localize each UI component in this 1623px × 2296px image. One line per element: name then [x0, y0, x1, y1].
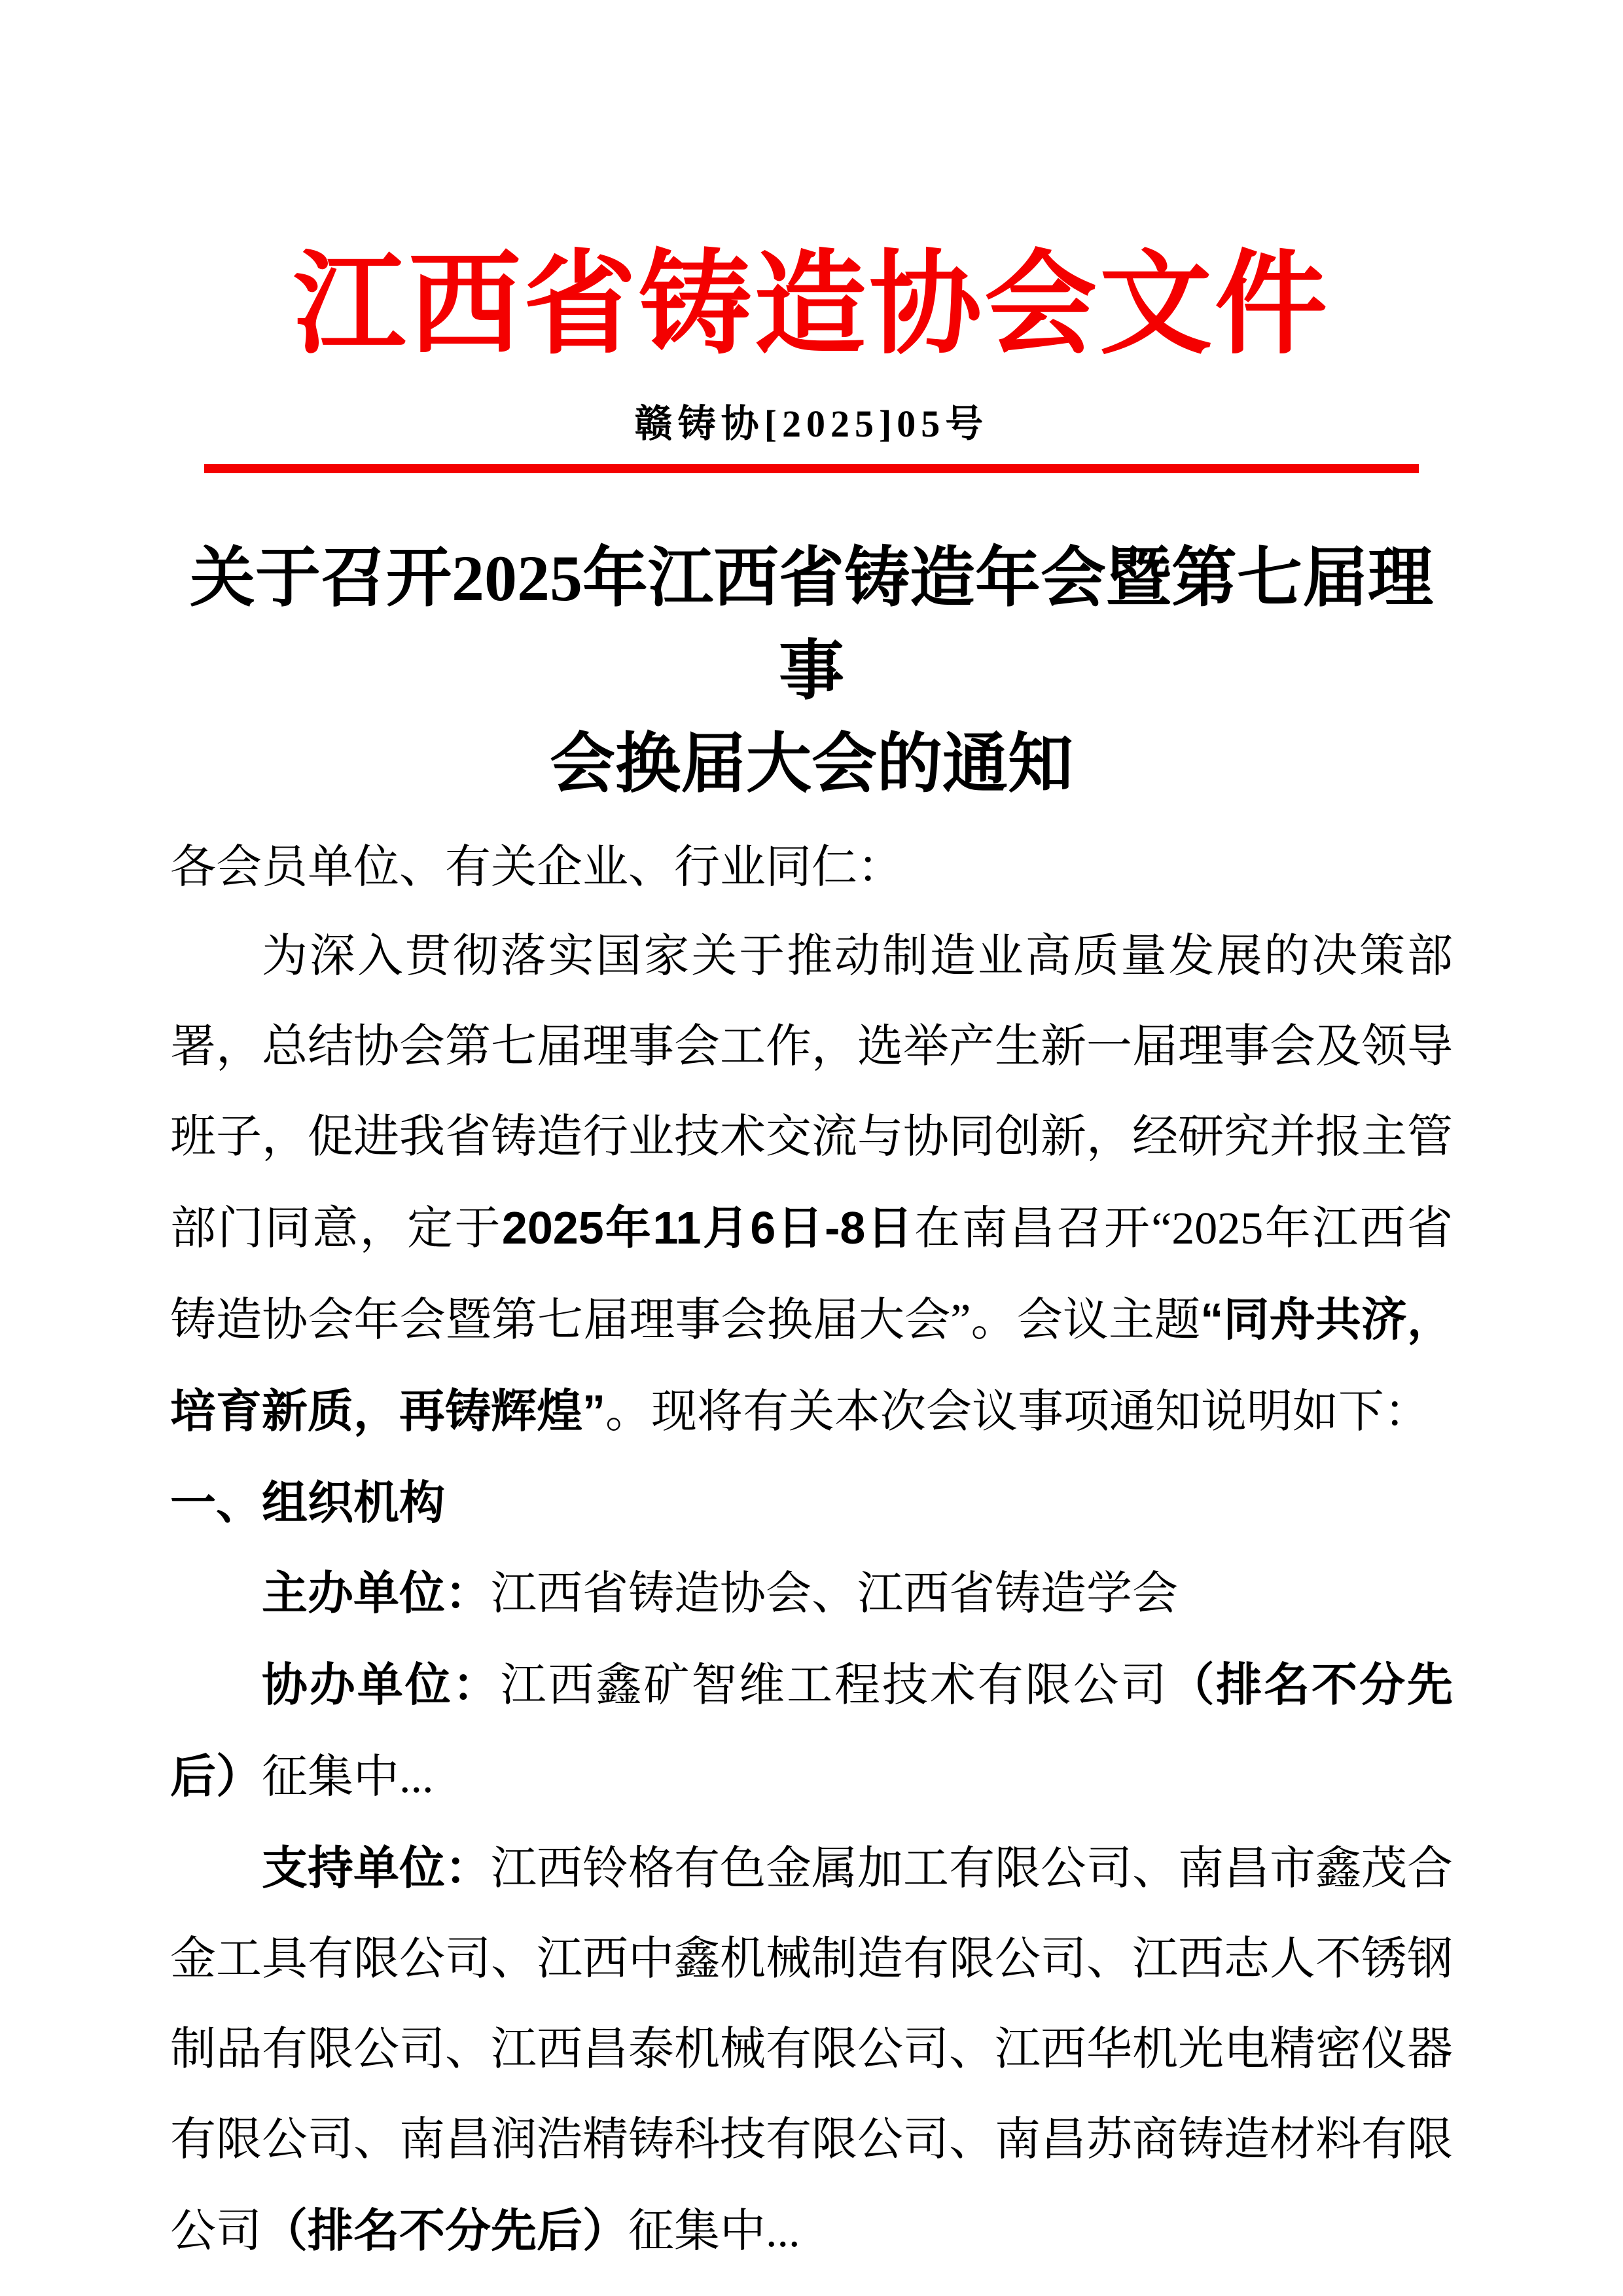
supporters-note: （排名不分先后） [262, 2205, 628, 2256]
section-1-heading: 一、组织机构 [170, 1458, 1453, 1548]
co-organizer-paragraph: 协办单位：江西鑫矿智维工程技术有限公司（排名不分先后）征集中... [170, 1640, 1453, 1823]
co-organizer-value: 江西鑫矿智维工程技术有限公司 [501, 1660, 1169, 1711]
host-paragraph: 主办单位：江西省铸造协会、江西省铸造学会 [170, 1548, 1453, 1640]
document-page: 江西省铸造协会文件 赣铸协[2025]05号 关于召开2025年江西省铸造年会暨… [0, 0, 1623, 2296]
body-text: 各会员单位、有关企业、行业同仁： 为深入贯彻落实国家关于推动制造业高质量发展的决… [170, 821, 1453, 2277]
red-divider-line [204, 464, 1419, 473]
salutation: 各会员单位、有关企业、行业同仁： [170, 821, 1453, 912]
supporters-label: 支持单位： [262, 1842, 491, 1893]
letterhead: 江西省铸造协会文件 赣铸协[2025]05号 [170, 236, 1453, 473]
host-value: 江西省铸造协会、江西省铸造学会 [491, 1569, 1178, 1619]
co-organizer-label: 协办单位： [262, 1659, 501, 1710]
supporters-paragraph: 支持单位：江西铃格有色金属加工有限公司、南昌市鑫茂合金工具有限公司、江西中鑫机械… [170, 1823, 1453, 2277]
intro-paragraph: 为深入贯彻落实国家关于推动制造业高质量发展的决策部署，总结协会第七届理事会工作，… [170, 912, 1453, 1458]
host-label: 主办单位： [262, 1568, 491, 1619]
org-title: 江西省铸造协会文件 [170, 236, 1453, 376]
supporters-suffix: 征集中... [628, 2206, 800, 2257]
co-organizer-suffix: 征集中... [262, 1752, 434, 1803]
doc-number: 赣铸协[2025]05号 [170, 400, 1453, 448]
document-title: 关于召开2025年江西省铸造年会暨第七届理事 会换届大会的通知 [170, 532, 1453, 811]
document-body: 关于召开2025年江西省铸造年会暨第七届理事 会换届大会的通知 各会员单位、有关… [170, 532, 1453, 2277]
meeting-date: 2025年11月6日-8日 [502, 1202, 914, 1253]
supporters-value: 江西铃格有色金属加工有限公司、南昌市鑫茂合金工具有限公司、江西中鑫机械制造有限公… [170, 1844, 1453, 2257]
intro-seg-5: 。现将有关本次会议事项通知说明如下： [605, 1387, 1430, 1437]
